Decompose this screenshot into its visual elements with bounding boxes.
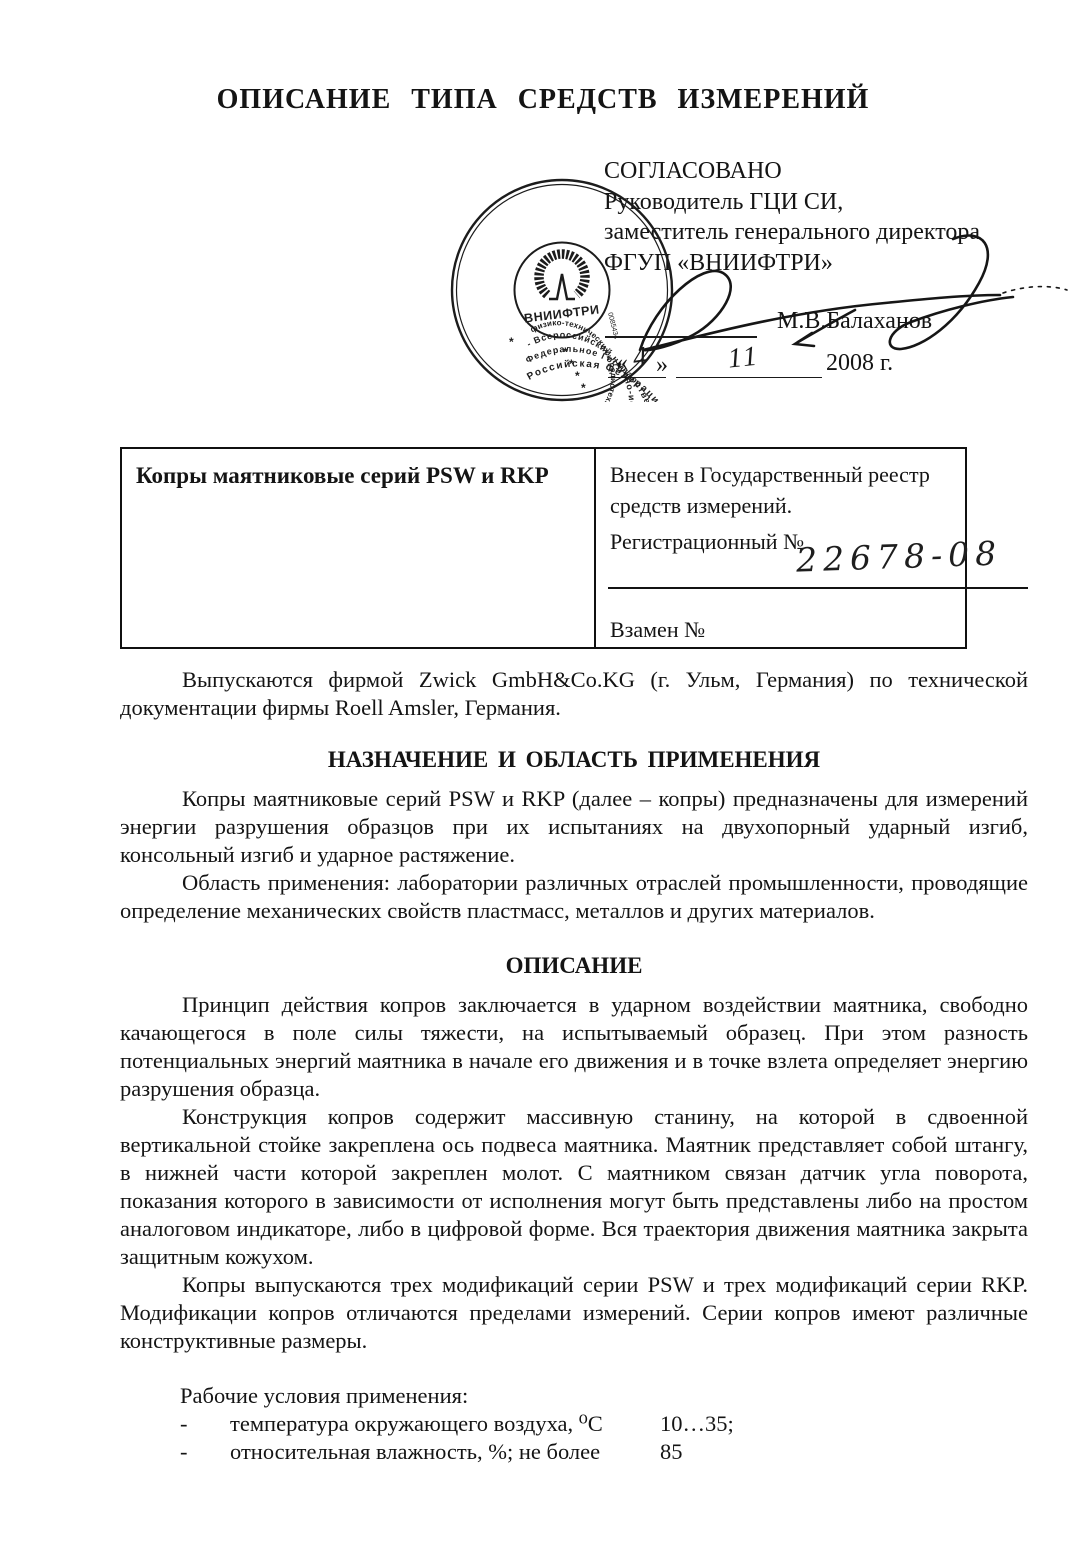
- registration-number-handwritten: 22678-08: [795, 533, 1002, 579]
- signature-line: [605, 336, 757, 338]
- stamp-star: *: [575, 369, 580, 383]
- registry-cell: Внесен в Государственный реестр средств …: [596, 449, 965, 647]
- description-section-heading: ОПИСАНИЕ: [120, 952, 1028, 980]
- page-title: ОПИСАНИЕ ТИПА СРЕДСТВ ИЗМЕРЕНИЙ: [0, 84, 1086, 116]
- purpose-paragraph-1: Копры маятниковые серий PSW и RKP (далее…: [120, 785, 1028, 869]
- stamp-star: *: [581, 381, 586, 395]
- document-page: ОПИСАНИЕ ТИПА СРЕДСТВ ИЗМЕРЕНИЙ СОГЛАСОВ…: [0, 0, 1086, 1560]
- date-close-quote: »: [656, 352, 668, 379]
- condition-value: 85: [660, 1438, 683, 1466]
- stamp-star: *: [563, 345, 568, 359]
- stamp-logo-pulse: [549, 274, 575, 299]
- date-open-quote: «: [616, 350, 628, 377]
- approval-line2: заместитель генерального директора: [604, 217, 1074, 248]
- stamp-center-label: ВНИИФТРИ: [523, 302, 600, 325]
- manufacturer-paragraph: Выпускаются фирмой Zwick GmbH&Co.KG (г. …: [120, 660, 1028, 722]
- stamp-star: *: [569, 357, 574, 371]
- registration-table: Копры маятниковые серий PSW и RKP Внесен…: [120, 447, 967, 649]
- approval-line3: ФГУП «ВНИИФТРИ»: [604, 248, 1074, 279]
- conditions-heading: Рабочие условия применения:: [120, 1382, 1028, 1410]
- condition-row: -относительная влажность, %; не более 85: [120, 1438, 1028, 1466]
- approval-label: СОГЛАСОВАНО: [604, 156, 1074, 187]
- purpose-paragraph-2: Область применения: лаборатории различны…: [120, 869, 1028, 925]
- svg-text:Российская Федерация М: Российская Федерация Московская область: [525, 358, 674, 402]
- signer-name: М.В.Балаханов: [777, 308, 932, 335]
- approval-block: СОГЛАСОВАНО Руководитель ГЦИ СИ, замести…: [604, 156, 1074, 278]
- condition-row: -температура окружающего воздуха, ⁰С 10……: [120, 1410, 1028, 1438]
- condition-label: температура окружающего воздуха, ⁰С: [230, 1411, 603, 1436]
- condition-bullet: -: [180, 1438, 230, 1466]
- purpose-section-heading: НАЗНАЧЕНИЕ И ОБЛАСТЬ ПРИМЕНЕНИЯ: [120, 746, 1028, 774]
- registration-number-label: Регистрационный №: [610, 529, 804, 555]
- date-year: 2008 г.: [826, 350, 893, 377]
- approval-line1: Руководитель ГЦИ СИ,: [604, 187, 1074, 218]
- replacement-number-label: Взамен №: [610, 617, 705, 643]
- document-body: Выпускаются фирмой Zwick GmbH&Co.KG (г. …: [120, 660, 1028, 1466]
- description-paragraph-3: Копры выпускаются трех модификаций серии…: [120, 1271, 1028, 1355]
- registry-text: Внесен в Государственный реестр средств …: [610, 459, 950, 521]
- instrument-name-cell: Копры маятниковые серий PSW и RKP: [122, 449, 596, 647]
- instrument-name: Копры маятниковые серий PSW и RKP: [136, 461, 580, 491]
- date-day-line: [608, 377, 666, 378]
- condition-value: 10…35;: [660, 1410, 734, 1438]
- condition-bullet: -: [180, 1410, 230, 1438]
- date-month-handwritten: 11: [726, 340, 761, 375]
- description-paragraph-2: Конструкция копров содержит массивную ст…: [120, 1103, 1028, 1271]
- stamp-star: *: [509, 335, 514, 349]
- stamp-ring1-text: Российская Федерация Московская область: [525, 358, 674, 402]
- condition-label: относительная влажность, %; не более: [230, 1439, 600, 1464]
- date-month-line: [676, 377, 822, 378]
- description-paragraph-1: Принцип действия копров заключается в уд…: [120, 991, 1028, 1103]
- registration-number-line: [608, 587, 1028, 589]
